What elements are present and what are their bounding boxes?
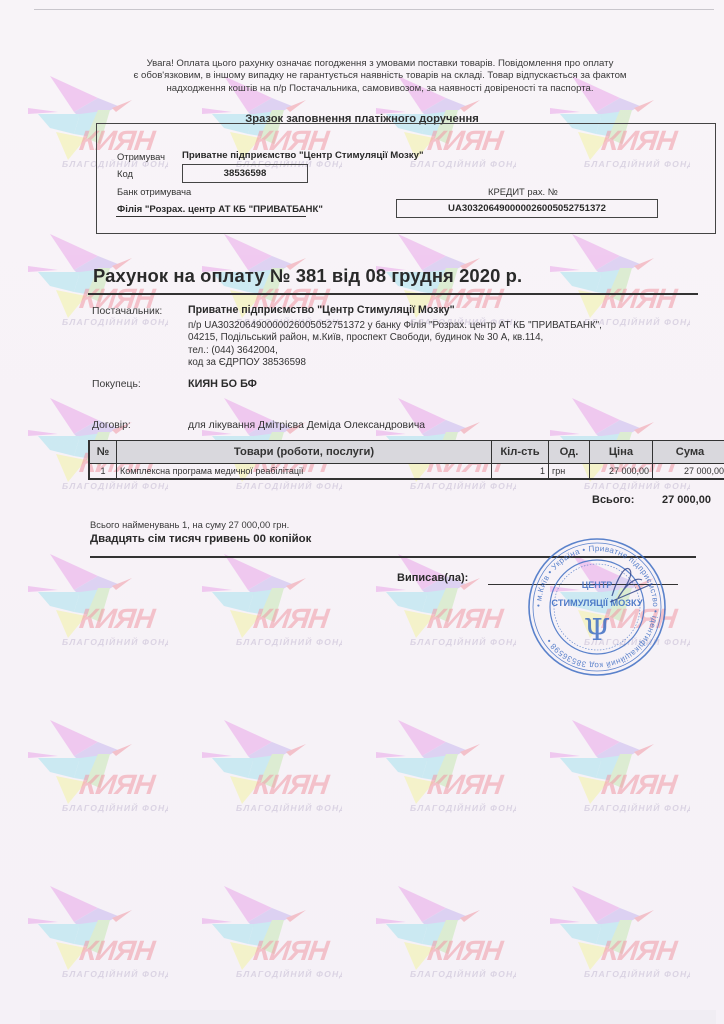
recipient-label: Отримувач bbox=[117, 151, 165, 162]
watermark-brand: КИЯН bbox=[252, 603, 332, 634]
watermark-logo: КИЯНБЛАГОДІЙНИЙ ФОНД bbox=[550, 878, 690, 988]
contract-label: Договір: bbox=[92, 420, 131, 431]
kyian-bird-icon: КИЯНБЛАГОДІЙНИЙ ФОНД bbox=[376, 546, 516, 656]
items-table: № Товари (роботи, послуги) Кіл-сть Од. Ц… bbox=[88, 440, 724, 480]
watermark-tagline: БЛАГОДІЙНИЙ ФОНД bbox=[410, 480, 516, 491]
watermark-brand: КИЯН bbox=[600, 283, 680, 314]
scan-bottom-edge bbox=[40, 1010, 716, 1024]
kyian-bird-icon: КИЯНБЛАГОДІЙНИЙ ФОНД bbox=[376, 878, 516, 988]
stamp-psi-symbol: Ψ bbox=[584, 613, 610, 648]
col-header-price: Ціна bbox=[590, 441, 653, 464]
kyian-bird-icon: КИЯНБЛАГОДІЙНИЙ ФОНД bbox=[376, 712, 516, 822]
watermark-brand: КИЯН bbox=[252, 935, 332, 966]
notice-line: надходження коштів на п/р Постачальника,… bbox=[120, 83, 640, 95]
recipient-value: Приватне підприємство "Центр Стимуляції … bbox=[182, 150, 424, 161]
watermark-tagline: БЛАГОДІЙНИЙ ФОНД bbox=[410, 636, 516, 647]
credit-label: КРЕДИТ рах. № bbox=[488, 186, 558, 197]
watermark-tagline: БЛАГОДІЙНИЙ ФОНД bbox=[236, 802, 342, 813]
kyian-bird-icon: КИЯНБЛАГОДІЙНИЙ ФОНД bbox=[550, 878, 690, 988]
watermark-logo: КИЯНБЛАГОДІЙНИЙ ФОНД bbox=[202, 546, 342, 656]
col-header-unit: Од. bbox=[549, 441, 590, 464]
buyer-label: Покупець: bbox=[92, 379, 141, 390]
credit-account-value: UA303206490000026005052751372 bbox=[396, 199, 658, 218]
kyian-bird-icon: КИЯНБЛАГОДІЙНИЙ ФОНД bbox=[202, 712, 342, 822]
watermark-brand: КИЯН bbox=[600, 935, 680, 966]
watermark-logo: КИЯНБЛАГОДІЙНИЙ ФОНД bbox=[202, 712, 342, 822]
notice-line: є обов'язковим, в іншому випадку не гара… bbox=[120, 70, 640, 82]
kyian-bird-icon: КИЯНБЛАГОДІЙНИЙ ФОНД bbox=[28, 712, 168, 822]
watermark-brand: КИЯН bbox=[426, 603, 506, 634]
cell-sum: 27 000,00 bbox=[653, 464, 724, 480]
kyian-bird-icon: КИЯНБЛАГОДІЙНИЙ ФОНД bbox=[28, 878, 168, 988]
watermark-tagline: БЛАГОДІЙНИЙ ФОНД bbox=[62, 802, 168, 813]
supplier-name: Приватне підприємство "Центр Стимуляції … bbox=[188, 304, 455, 316]
watermark-tagline: БЛАГОДІЙНИЙ ФОНД bbox=[584, 480, 690, 491]
watermark-tagline: БЛАГОДІЙНИЙ ФОНД bbox=[584, 968, 690, 979]
watermark-logo: КИЯНБЛАГОДІЙНИЙ ФОНД bbox=[28, 712, 168, 822]
watermark-brand: КИЯН bbox=[78, 769, 158, 800]
cell-quantity: 1 bbox=[492, 464, 549, 480]
bank-underline bbox=[116, 216, 306, 217]
watermark-logo: КИЯНБЛАГОДІЙНИЙ ФОНД bbox=[202, 878, 342, 988]
watermark-tagline: БЛАГОДІЙНИЙ ФОНД bbox=[236, 636, 342, 647]
notice-line: Увага! Оплата цього рахунку означає пого… bbox=[120, 58, 640, 70]
watermark-logo: КИЯНБЛАГОДІЙНИЙ ФОНД bbox=[28, 546, 168, 656]
watermark-brand: КИЯН bbox=[78, 603, 158, 634]
kyian-bird-icon: КИЯНБЛАГОДІЙНИЙ ФОНД bbox=[202, 878, 342, 988]
watermark-brand: КИЯН bbox=[426, 935, 506, 966]
issued-by-label: Виписав(ла): bbox=[397, 572, 468, 584]
stamp-center-line2: СТИМУЛЯЦІЇ МОЗКУ bbox=[551, 598, 642, 608]
watermark-tagline: БЛАГОДІЙНИЙ ФОНД bbox=[584, 802, 690, 813]
bank-value: Філія "Розрах. центр АТ КБ "ПРИВАТБАНК" bbox=[117, 204, 323, 215]
watermark-tagline: БЛАГОДІЙНИЙ ФОНД bbox=[62, 480, 168, 491]
watermark-tagline: БЛАГОДІЙНИЙ ФОНД bbox=[410, 968, 516, 979]
stamp-center-line1: ЦЕНТР bbox=[582, 580, 613, 590]
col-header-goods: Товари (роботи, послуги) bbox=[117, 441, 492, 464]
col-header-number: № bbox=[89, 441, 117, 464]
kyian-bird-icon: КИЯНБЛАГОДІЙНИЙ ФОНД bbox=[28, 546, 168, 656]
watermark-tagline: БЛАГОДІЙНИЙ ФОНД bbox=[236, 480, 342, 491]
cell-unit: грн bbox=[549, 464, 590, 480]
amount-in-words: Двадцять сім тисяч гривень 00 копійок bbox=[90, 533, 311, 545]
total-label: Всього: bbox=[592, 494, 634, 506]
buyer-value: КИЯН БО БФ bbox=[188, 378, 257, 390]
cell-number: 1 bbox=[89, 464, 117, 480]
watermark-logo: КИЯНБЛАГОДІЙНИЙ ФОНД bbox=[376, 712, 516, 822]
total-value: 27 000,00 bbox=[662, 494, 711, 506]
watermark-logo: КИЯНБЛАГОДІЙНИЙ ФОНД bbox=[376, 546, 516, 656]
cell-price: 27 000,00 bbox=[590, 464, 653, 480]
watermark-logo: КИЯНБЛАГОДІЙНИЙ ФОНД bbox=[550, 712, 690, 822]
watermark-brand: КИЯН bbox=[600, 769, 680, 800]
invoice-title: Рахунок на оплату № 381 від 08 грудня 20… bbox=[93, 265, 522, 287]
watermark-brand: КИЯН bbox=[78, 935, 158, 966]
title-rule bbox=[88, 293, 698, 295]
cell-goods: Комплексна програма медичної реабілітаці… bbox=[117, 464, 492, 480]
supplier-detail-line: п/р UA303206490000026005052751372 у банк… bbox=[188, 320, 602, 332]
col-header-sum: Сума bbox=[653, 441, 724, 464]
kyian-bird-icon: КИЯНБЛАГОДІЙНИЙ ФОНД bbox=[202, 546, 342, 656]
stamp-seal-icon: • м.Київ • Україна • Приватне підприємст… bbox=[526, 536, 668, 678]
contract-value: для лікування Дмітрієва Деміда Олександр… bbox=[188, 420, 425, 431]
watermark-logo: КИЯНБЛАГОДІЙНИЙ ФОНД bbox=[376, 878, 516, 988]
watermark-tagline: БЛАГОДІЙНИЙ ФОНД bbox=[62, 968, 168, 979]
company-stamp: • м.Київ • Україна • Приватне підприємст… bbox=[526, 536, 668, 678]
kyian-bird-icon: КИЯНБЛАГОДІЙНИЙ ФОНД bbox=[550, 712, 690, 822]
watermark-brand: КИЯН bbox=[252, 769, 332, 800]
watermark-tagline: БЛАГОДІЙНИЙ ФОНД bbox=[236, 968, 342, 979]
items-count-line: Всього найменувань 1, на суму 27 000,00 … bbox=[90, 519, 289, 530]
supplier-detail-line: код за ЄДРПОУ 38536598 bbox=[188, 357, 602, 369]
scan-edge-line bbox=[34, 9, 714, 10]
watermark-brand: КИЯН bbox=[426, 769, 506, 800]
col-header-quantity: Кіл-сть bbox=[492, 441, 549, 464]
watermark-logo: КИЯНБЛАГОДІЙНИЙ ФОНД bbox=[28, 878, 168, 988]
payment-notice: Увага! Оплата цього рахунку означає пого… bbox=[120, 58, 640, 95]
watermark-tagline: БЛАГОДІЙНИЙ ФОНД bbox=[62, 636, 168, 647]
supplier-detail-line: тел.: (044) 3642004, bbox=[188, 345, 602, 357]
supplier-detail-line: 04215, Подільський район, м.Київ, проспе… bbox=[188, 332, 602, 344]
supplier-details: п/р UA303206490000026005052751372 у банк… bbox=[188, 320, 602, 369]
table-header-row: № Товари (роботи, послуги) Кіл-сть Од. Ц… bbox=[89, 441, 724, 464]
watermark-tagline: БЛАГОДІЙНИЙ ФОНД bbox=[62, 316, 168, 327]
code-label: Код bbox=[117, 168, 133, 179]
table-row: 1 Комплексна програма медичної реабіліта… bbox=[89, 464, 724, 480]
bank-label: Банк отримувача bbox=[117, 186, 191, 197]
watermark-tagline: БЛАГОДІЙНИЙ ФОНД bbox=[410, 802, 516, 813]
code-value: 38536598 bbox=[182, 164, 308, 183]
supplier-label: Постачальник: bbox=[92, 306, 162, 317]
